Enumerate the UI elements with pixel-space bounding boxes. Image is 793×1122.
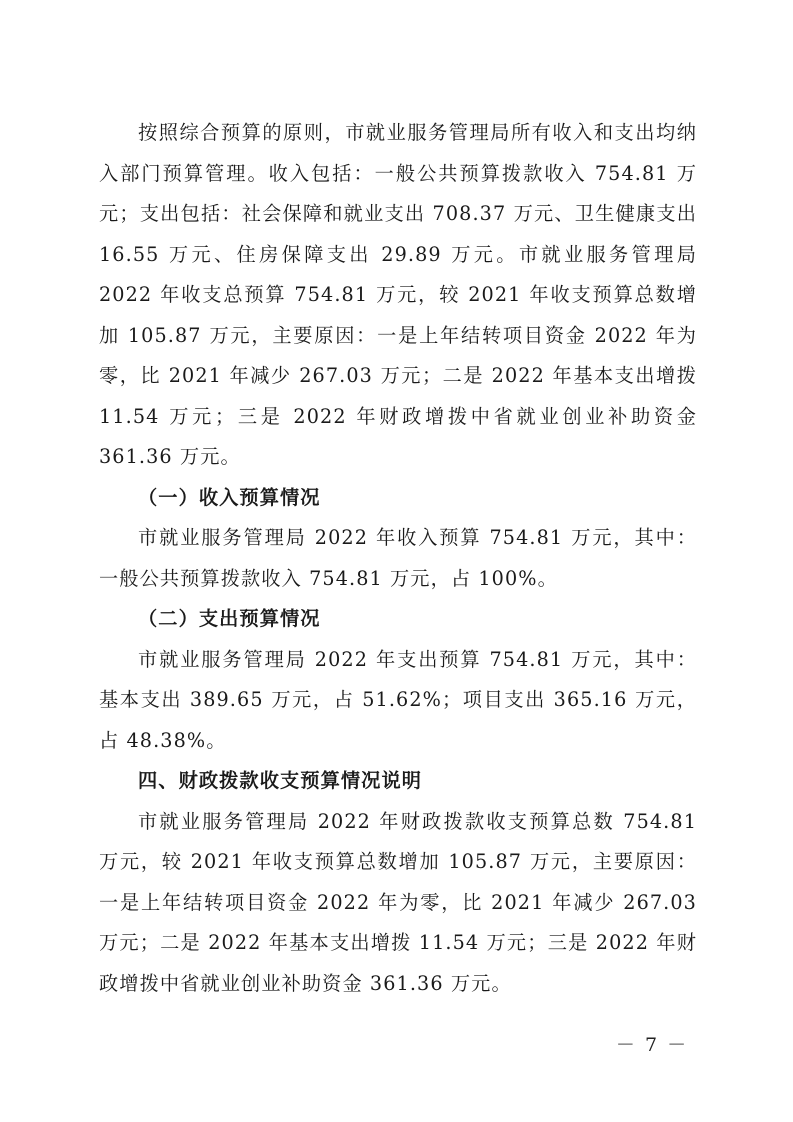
section-four-heading: 四、财政拨款收支预算情况说明 [99,761,697,802]
income-budget-paragraph: 市就业服务管理局 2022 年收入预算 754.81 万元，其中：一般公共预算拨… [99,518,697,599]
document-page: 按照综合预算的原则，市就业服务管理局所有收入和支出均纳入部门预算管理。收入包括：… [0,0,793,1122]
section-four-paragraph: 市就业服务管理局 2022 年财政拨款收支预算总数 754.81 万元，较 20… [99,802,697,1005]
intro-paragraph: 按照综合预算的原则，市就业服务管理局所有收入和支出均纳入部门预算管理。收入包括：… [99,113,697,478]
expense-budget-heading: （二）支出预算情况 [99,599,697,640]
income-budget-heading: （一）收入预算情况 [99,478,697,519]
page-body: 按照综合预算的原则，市就业服务管理局所有收入和支出均纳入部门预算管理。收入包括：… [99,113,697,1004]
page-number: － 7 － [612,1030,692,1057]
expense-budget-paragraph: 市就业服务管理局 2022 年支出预算 754.81 万元，其中：基本支出 38… [99,640,697,762]
